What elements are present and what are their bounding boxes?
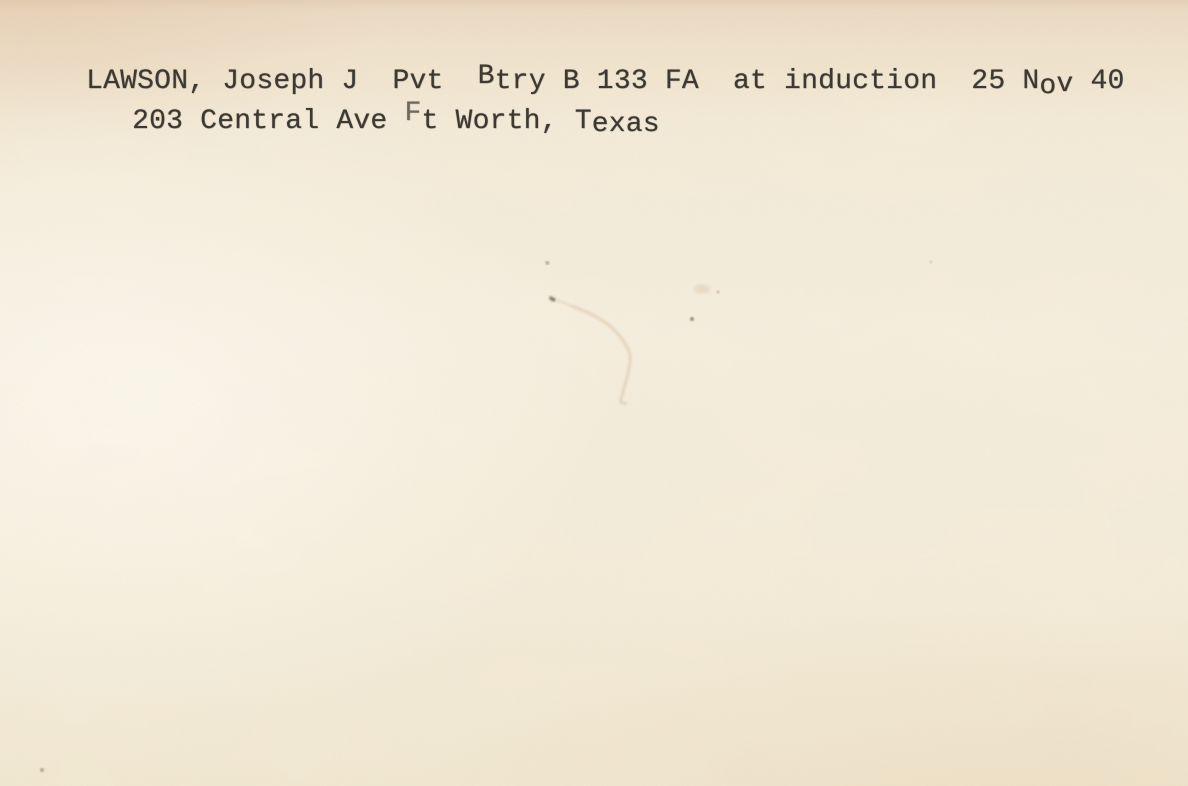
speck-4 <box>717 291 720 294</box>
year-text: 40 <box>1073 66 1124 97</box>
ft-raised-f-text: F <box>404 98 421 129</box>
nov-dropped-v-text: v <box>1056 69 1073 100</box>
speck-2 <box>545 261 550 265</box>
smudge-faint <box>694 285 710 294</box>
speck-6 <box>930 261 933 264</box>
index-card: LAWSON, Joseph J Pvt Btry B 133 FA at in… <box>0 0 1188 786</box>
state-dropped-text: exas <box>592 109 660 140</box>
smudge <box>695 285 709 293</box>
city-text: t Worth, T <box>422 106 592 137</box>
paper-stain-tail <box>556 300 572 307</box>
card-line-2: 203 Central Ave Ft Worth, Texas <box>64 71 660 173</box>
speck-3 <box>690 317 694 321</box>
speck-5 <box>40 768 44 772</box>
nov-dropped-o-text: o <box>1039 71 1056 102</box>
paper-stain <box>572 306 630 404</box>
speck-1 <box>549 296 556 302</box>
street-text: 203 Central Ave <box>132 106 404 137</box>
